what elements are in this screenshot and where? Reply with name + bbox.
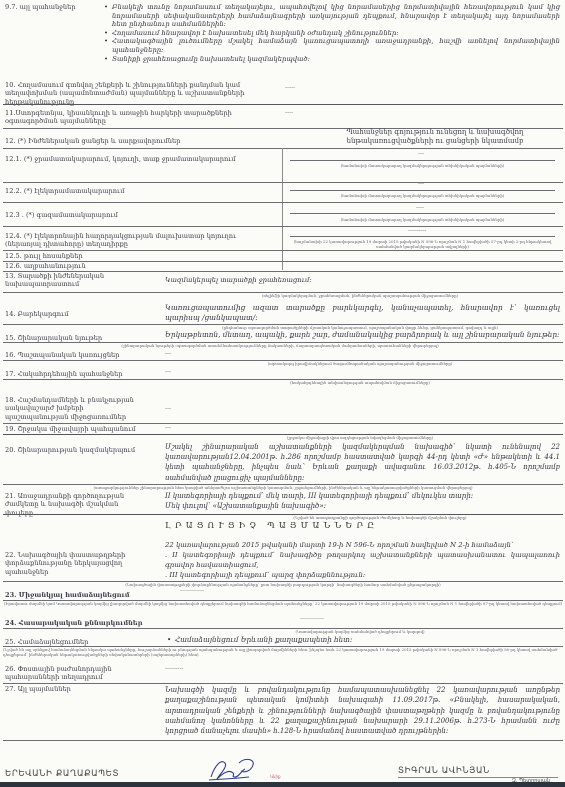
underline [290, 190, 555, 191]
row-27-label: 27. Այլ պայմաններ [5, 685, 145, 693]
row-12-1-label: 12.1. (*) ջրամատակարարում, կոյուղի, տաք … [5, 155, 275, 163]
row-12-1-value: --- [418, 150, 424, 157]
row-12-3-label: 12.3 . (*) գազամատակարարում [5, 211, 275, 219]
divider [3, 683, 563, 684]
underline [290, 213, 555, 214]
divider [3, 423, 563, 424]
row-18-label: 18. Հաշմանդամների և բնակչության սակավաշա… [5, 396, 145, 421]
row-13-note: (ռելիեֆի կազմակերպման, ջրահեռացման, ինժե… [160, 293, 560, 298]
row-21-value-line2: Մեկ փուլով՝ «Աշխատանքային նախագիծ»: [165, 502, 560, 511]
bullet-item: Հատակագծային լուծումները մշակել համաձայն… [112, 37, 560, 54]
row-23-note: (Իրավասու մարմնի կամ Կառավարության կողմի… [3, 601, 563, 606]
row-21-value-line1: II կատեգորիայի դեպքում՝ մեկ տարի, III կա… [165, 492, 560, 501]
row-15-note: (շինարարական նյութերի օգտագործման առանձն… [30, 343, 530, 348]
row-26-value: --------- [165, 665, 183, 672]
row-12-6-label: 12.6. աղբահանություն [5, 262, 275, 270]
row-12-2-note: (համանախի մատակարարող կազմակերպության տե… [290, 193, 555, 198]
divider [3, 148, 563, 149]
row-9-7-value: Բնակելի տունը նորամասում տեղակայելու, ապ… [102, 3, 560, 63]
document-page: 9.7. այլ պահանջներ Բնակելի տունը նորամաս… [0, 0, 565, 787]
row-12-2-label: 12.2. (*) էլեկտրամատակարարում [5, 187, 275, 195]
row-12-4-label: 12.4. (*) էլեկտրոնային հաղորդակցության մ… [5, 232, 270, 249]
row-18-value: --- [165, 405, 171, 412]
row-12-1-note: (համանախի մատակարարող կազմակերպության տե… [290, 163, 555, 168]
divider [3, 740, 563, 741]
row-16-note: (արտակարգ իրավիճակներում ծագումնաբանական… [160, 361, 560, 366]
row-11-label: 11.Ստորգետնյա, կիսանկուղի և առաջին հարկե… [5, 109, 275, 126]
row-11-value: ---- [285, 109, 293, 116]
divider [3, 104, 563, 105]
row-13-value: Կազմակերպել տարածքի ջրահեռացում: [165, 276, 560, 285]
divider [3, 226, 563, 227]
divider [3, 250, 563, 251]
bullet-item: Հողամասում հնարավոր է նախատեսել մեկ հարկ… [112, 29, 560, 38]
row-17-value: --- [165, 368, 171, 375]
row-12-4-value: --------- [408, 227, 426, 234]
row-23-label: 23. Միջանկյալ համաձայնեցում [5, 591, 165, 599]
row-25-value: Համաձայնեցում Երևանի քաղաքապետի հետ: [165, 636, 560, 645]
row-14-value: Կառուցապատումից ազատ տարածքը բարեկարգել,… [165, 303, 560, 322]
row-24-note: (Կառավարության կողմից սահմանված դեպքերու… [160, 629, 560, 634]
row-22-value-line1: 22 կառավարության 2015 թվականի մարտի 19-ի… [165, 541, 560, 550]
row-21-note: (Նշված են առաջադրանքի գործողության ժամկե… [200, 515, 560, 520]
row-26-label: 26. Փոստային բաժանորդային պահարանների տե… [5, 665, 145, 682]
bullet-item: Համաձայնեցում Երևանի քաղաքապետի հետ: [175, 636, 560, 645]
row-12-3-note: (համանախի մատակարարող կազմակերպության տե… [290, 217, 555, 222]
row-10-label: 10. Հողամասում գտնվող շենքերի և շինությո… [5, 81, 275, 106]
bullet-item: Բնակելի տունը նորամասում տեղակայելու, ապ… [112, 3, 560, 29]
row-13-label: 13. Տարածքի ինժեներական նախապատրաստում [5, 272, 140, 289]
row-16-value: --- [165, 350, 171, 357]
row-27-value: Նախագծի կազմը և բովանդակությունը համապատ… [165, 685, 560, 736]
row-19-label: 19. Շրջակա միջավայրի պահպանում [5, 425, 145, 433]
row-14-label: 14. Բարեկարգում [5, 310, 145, 318]
row-12-5-label: 12.5. թույլ հոսանքներ [5, 252, 275, 260]
row-12-4-note: (հաշմանախի 22 կառավարության 19 մարտի 201… [290, 239, 555, 249]
stamp-mark: Կնիք [270, 774, 281, 779]
row-16-label: 16. Պաշտպանական կառույցներ [5, 351, 145, 359]
additional-conditions-heading: ԼՐԱՑՈՒՑԻՉ ՊԱՅՄԱՆՆԵՐԸ [165, 521, 565, 531]
row-12-2-value: --- [418, 180, 424, 187]
row-22-label: 22. Նախագծային փաստաթղթերի փորձաքննությա… [5, 551, 145, 576]
divider [3, 202, 563, 203]
row-20-note: (առաջարկություններ շինարարության հետ կապ… [3, 485, 563, 490]
underline [290, 236, 555, 237]
row-22-value-line2: . II կատեգորիայի դեպքում՝ նախագիծը թողար… [165, 551, 560, 570]
row-19-value: --- [165, 424, 171, 431]
divider [3, 182, 563, 183]
row-25-note: (Նշված են այլ օրենքով համաձայնեցման ենթա… [3, 647, 563, 657]
signature-icon [205, 755, 265, 783]
row-20-value: Մշակել շինարարական աշխատանքների կազմակեր… [165, 442, 560, 483]
scan-bottom-edge [0, 782, 565, 787]
row-19-note: (շրջակա միջավայրի վրա ազդեցության նվազեց… [160, 435, 560, 440]
row-23-value: ________ [180, 584, 204, 591]
row-10-value: ----- [285, 84, 295, 91]
mayor-title: ԵՐԵՎԱՆԻ ՔԱՂԱՔԱՊԵՏ [5, 769, 119, 779]
row-17-note: (հակահրդեհային անվտանգության ապահովման մ… [160, 380, 560, 385]
row-24-label: 24. Հասարակական քննարկումներ [5, 619, 165, 627]
column-divider [282, 148, 283, 270]
row-12-3-value: ---- [416, 204, 424, 211]
row-24-value: ________ [300, 612, 324, 619]
row-22-note: (Նախագծային փաստաթղթերի փորձաքննության պ… [3, 582, 563, 587]
row-17-label: 17. Հակահրդեհային պահանջներ [5, 370, 145, 378]
row-20-label: 20. Շինարարության կազմակերպում [5, 446, 145, 454]
row-12-label: 12. (*) Ինժեներական ցանցեր և սարքավորում… [5, 137, 275, 145]
row-12-header-right: Պահանջներ գոյություն ունեցող և նախագծվող… [340, 128, 530, 146]
mayor-name: ՏԻԳՐԱՆ ԱՎԻՆՅԱՆ [398, 766, 490, 776]
underline [290, 160, 555, 161]
row-22-value-line3: . III կատեգորիայի դեպքում՝ պարզ փորձաքնն… [165, 571, 560, 580]
row-15-value: Երկաթբետոն, մետաղ, ապակի, քարե շար, ժամա… [165, 331, 565, 340]
bullet-item: Տանիքի ջրահեռացումը նախատեսել կազմակերպվ… [112, 55, 560, 64]
